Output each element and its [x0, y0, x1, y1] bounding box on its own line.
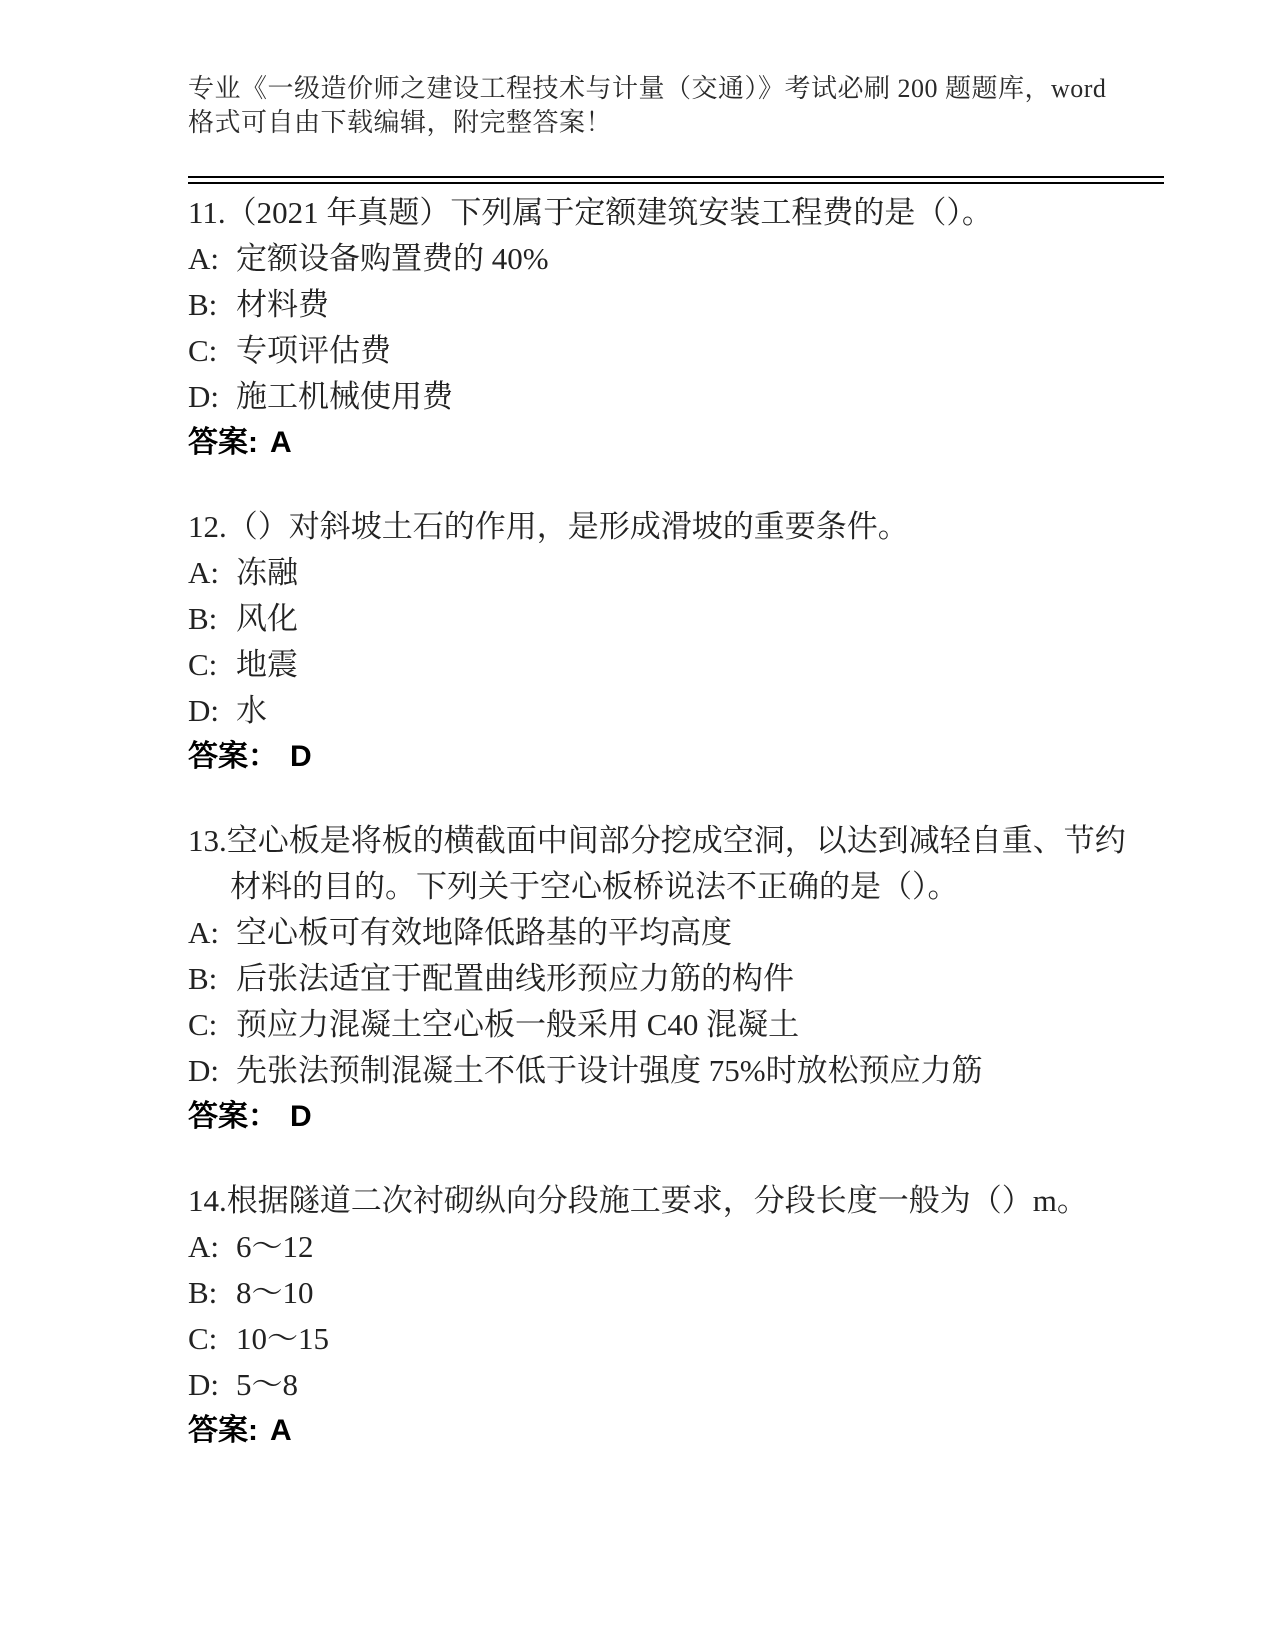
question-12-option-d: D: 水 — [188, 688, 1165, 734]
question-13-option-a: A: 空心板可有效地降低路基的平均高度 — [188, 910, 1165, 956]
question-13-answer: 答案： D — [188, 1094, 1165, 1140]
question-12-option-a: A: 冻融 — [188, 550, 1165, 596]
question-12: 12.（）对斜坡土石的作用，是形成滑坡的重要条件。 A: 冻融 B: 风化 C:… — [188, 504, 1165, 780]
header-line-2: 格式可自由下载编辑，附完整答案！ — [188, 106, 1165, 140]
option-text: 材料费 — [236, 282, 329, 328]
option-label: A: — [188, 1224, 220, 1270]
document-page: 专业《一级造价师之建设工程技术与计量（交通）》考试必刷 200 题题库，word… — [0, 0, 1275, 1650]
answer-label: 答案： — [188, 734, 278, 780]
question-14-stem: 14.根据隧道二次衬砌纵向分段施工要求，分段长度一般为（）m。 — [188, 1178, 1165, 1224]
double-rule-divider — [188, 176, 1164, 184]
answer-label: 答案: — [188, 1408, 258, 1454]
option-text: 空心板可有效地降低路基的平均高度 — [236, 910, 732, 956]
answer-value: D — [290, 1094, 312, 1140]
option-text: 6～12 — [236, 1224, 314, 1270]
question-14: 14.根据隧道二次衬砌纵向分段施工要求，分段长度一般为（）m。 A: 6～12 … — [188, 1178, 1165, 1454]
header-line-1: 专业《一级造价师之建设工程技术与计量（交通）》考试必刷 200 题题库，word — [188, 72, 1165, 106]
question-11-option-b: B: 材料费 — [188, 282, 1165, 328]
document-header: 专业《一级造价师之建设工程技术与计量（交通）》考试必刷 200 题题库，word… — [188, 72, 1165, 140]
question-list: 11.（2021 年真题）下列属于定额建筑安装工程费的是（）。 A: 定额设备购… — [188, 190, 1165, 1454]
option-label: D: — [188, 688, 220, 734]
option-text: 施工机械使用费 — [236, 374, 453, 420]
option-text: 冻融 — [236, 550, 298, 596]
answer-value: A — [270, 420, 292, 466]
question-12-option-b: B: 风化 — [188, 596, 1165, 642]
option-label: D: — [188, 374, 220, 420]
option-text: 专项评估费 — [236, 328, 391, 374]
question-12-answer: 答案： D — [188, 734, 1165, 780]
option-text: 水 — [236, 688, 267, 734]
option-label: D: — [188, 1048, 220, 1094]
question-11: 11.（2021 年真题）下列属于定额建筑安装工程费的是（）。 A: 定额设备购… — [188, 190, 1165, 466]
question-11-option-c: C: 专项评估费 — [188, 328, 1165, 374]
question-11-option-d: D: 施工机械使用费 — [188, 374, 1165, 420]
question-14-option-a: A: 6～12 — [188, 1224, 1165, 1270]
option-label: A: — [188, 550, 220, 596]
question-13-option-b: B: 后张法适宜于配置曲线形预应力筋的构件 — [188, 956, 1165, 1002]
question-13-stem-line-1: 13.空心板是将板的横截面中间部分挖成空洞，以达到减轻自重、节约 — [188, 818, 1165, 864]
question-13-stem-line-2: 材料的目的。下列关于空心板桥说法不正确的是（）。 — [188, 864, 1165, 910]
question-13: 13.空心板是将板的横截面中间部分挖成空洞，以达到减轻自重、节约 材料的目的。下… — [188, 818, 1165, 1140]
option-label: C: — [188, 642, 220, 688]
question-14-option-d: D: 5～8 — [188, 1362, 1165, 1408]
option-text: 先张法预制混凝土不低于设计强度 75%时放松预应力筋 — [236, 1048, 983, 1094]
option-text: 8～10 — [236, 1270, 314, 1316]
question-14-answer: 答案: A — [188, 1408, 1165, 1454]
option-text: 5～8 — [236, 1362, 298, 1408]
question-11-answer: 答案: A — [188, 420, 1165, 466]
option-text: 地震 — [236, 642, 298, 688]
answer-value: D — [290, 734, 312, 780]
answer-value: A — [270, 1408, 292, 1454]
option-label: B: — [188, 282, 220, 328]
question-14-option-b: B: 8～10 — [188, 1270, 1165, 1316]
option-label: D: — [188, 1362, 220, 1408]
question-13-option-d: D: 先张法预制混凝土不低于设计强度 75%时放松预应力筋 — [188, 1048, 1165, 1094]
option-text: 预应力混凝土空心板一般采用 C40 混凝土 — [236, 1002, 799, 1048]
answer-label: 答案： — [188, 1094, 278, 1140]
option-label: B: — [188, 956, 220, 1002]
question-11-stem: 11.（2021 年真题）下列属于定额建筑安装工程费的是（）。 — [188, 190, 1165, 236]
option-label: B: — [188, 596, 220, 642]
option-label: B: — [188, 1270, 220, 1316]
option-text: 10～15 — [236, 1316, 329, 1362]
option-label: A: — [188, 910, 220, 956]
option-label: C: — [188, 1316, 220, 1362]
option-text: 风化 — [236, 596, 298, 642]
question-12-stem: 12.（）对斜坡土石的作用，是形成滑坡的重要条件。 — [188, 504, 1165, 550]
question-12-option-c: C: 地震 — [188, 642, 1165, 688]
question-13-option-c: C: 预应力混凝土空心板一般采用 C40 混凝土 — [188, 1002, 1165, 1048]
option-text: 后张法适宜于配置曲线形预应力筋的构件 — [236, 956, 794, 1002]
question-14-option-c: C: 10～15 — [188, 1316, 1165, 1362]
option-label: C: — [188, 328, 220, 374]
option-text: 定额设备购置费的 40% — [236, 236, 549, 282]
option-label: C: — [188, 1002, 220, 1048]
option-label: A: — [188, 236, 220, 282]
answer-label: 答案: — [188, 420, 258, 466]
question-11-option-a: A: 定额设备购置费的 40% — [188, 236, 1165, 282]
